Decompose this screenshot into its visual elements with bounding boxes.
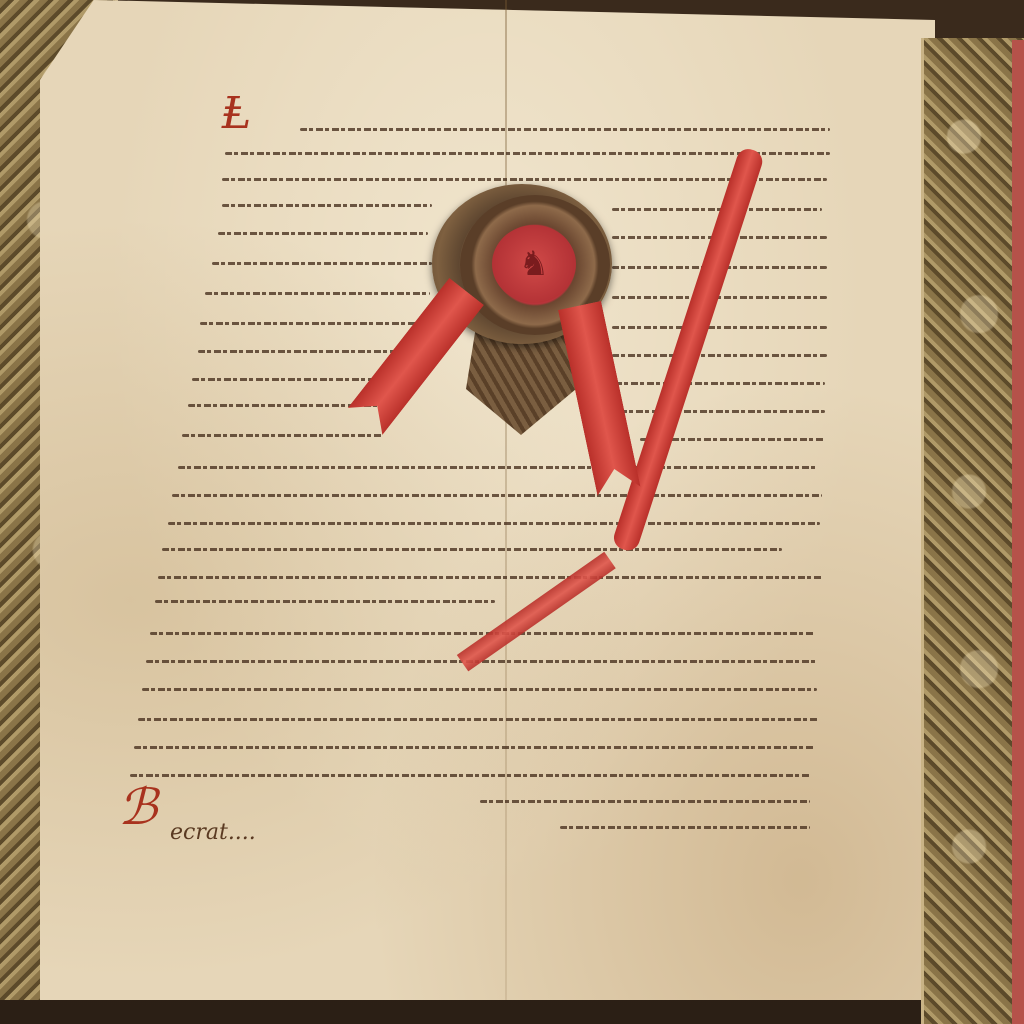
red-book-edge xyxy=(1012,40,1024,1024)
text-line xyxy=(142,688,817,691)
text-line xyxy=(218,232,428,235)
seal-emblem-icon: ♞ xyxy=(492,225,576,303)
text-line xyxy=(222,204,432,207)
parchment-page xyxy=(40,0,935,1000)
text-line xyxy=(560,826,810,829)
text-line xyxy=(612,326,827,329)
text-line xyxy=(162,548,782,551)
text-line xyxy=(205,292,430,295)
text-line xyxy=(212,262,432,265)
text-line xyxy=(615,382,825,385)
page-fold xyxy=(505,0,507,1000)
text-line xyxy=(480,800,810,803)
text-line xyxy=(178,466,818,469)
text-line xyxy=(134,746,814,749)
text-line xyxy=(182,434,382,437)
text-line xyxy=(300,128,830,131)
text-line xyxy=(150,632,815,635)
signature: ecrat.... xyxy=(170,820,256,845)
text-line xyxy=(155,600,495,603)
text-line xyxy=(130,774,810,777)
text-line xyxy=(612,296,827,299)
text-line xyxy=(620,410,825,413)
manuscript-scene: Ⱡ ℬ ecrat.... xyxy=(0,0,1024,1024)
signature-initial: ℬ xyxy=(118,778,157,836)
text-line xyxy=(612,208,822,211)
text-line xyxy=(612,354,827,357)
illuminated-initial: Ⱡ xyxy=(222,88,251,139)
text-line xyxy=(158,576,823,579)
gilded-border-right xyxy=(921,38,1024,1024)
text-line xyxy=(138,718,818,721)
text-line xyxy=(172,494,822,497)
text-line xyxy=(168,522,820,525)
text-line xyxy=(200,322,440,325)
